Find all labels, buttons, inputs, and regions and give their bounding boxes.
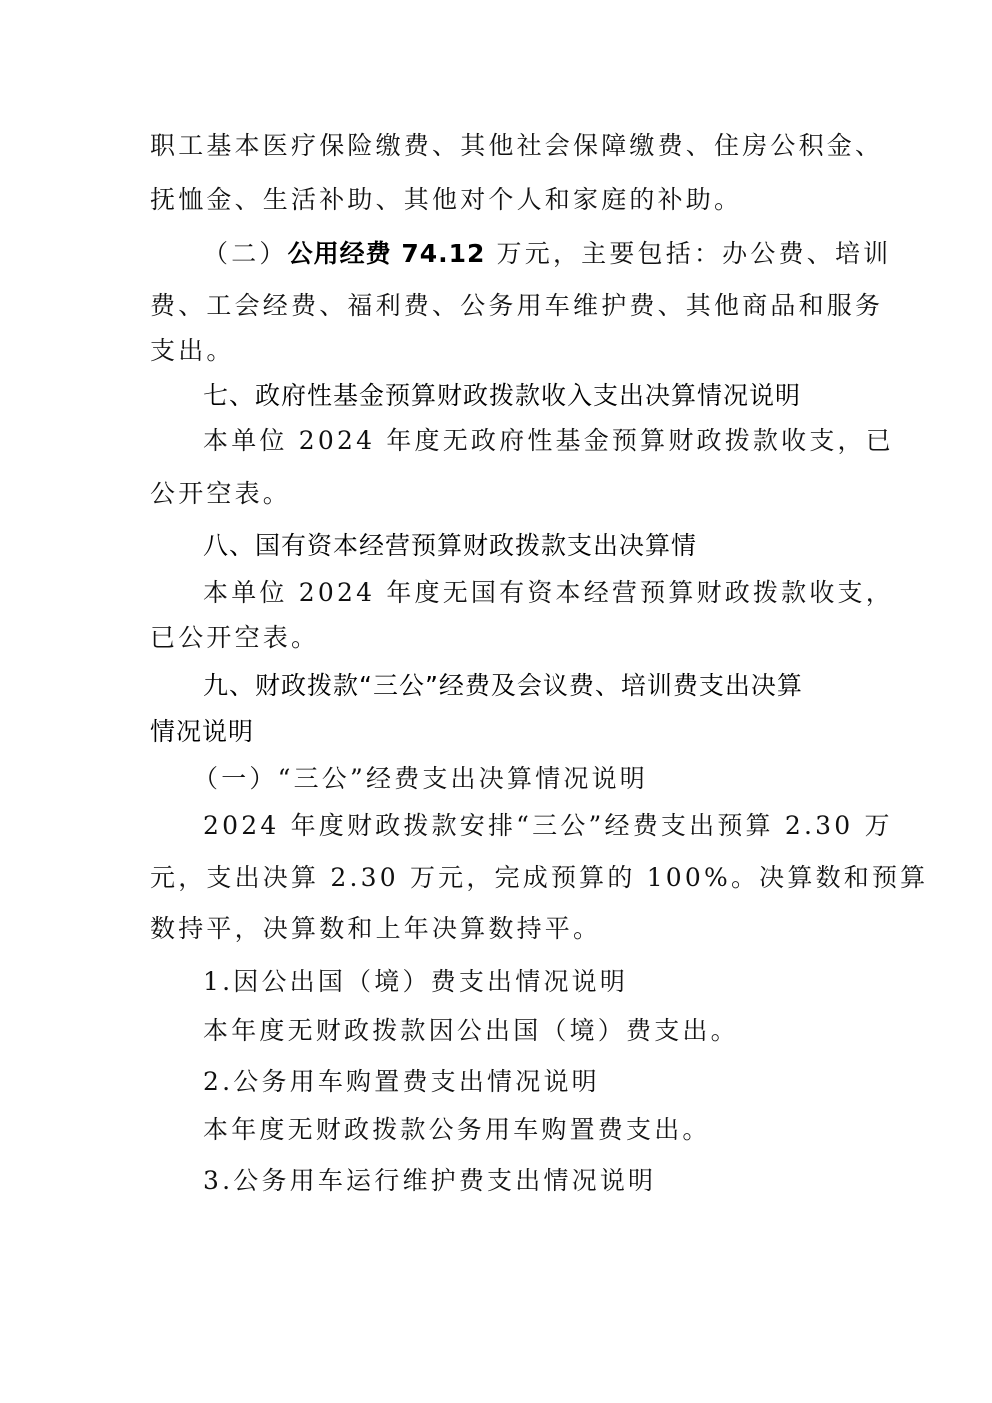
paragraph-line: 支出。	[150, 335, 235, 367]
section-heading-7: 七、政府性基金预算财政拨款收入支出决算情况说明	[203, 380, 801, 412]
section-heading-9-cont: 情况说明	[150, 716, 254, 748]
paragraph-line: 数持平，决算数和上年决算数持平。	[150, 913, 601, 945]
paragraph-line: 职工基本医疗保险缴费、其他社会保障缴费、住房公积金、	[150, 130, 883, 162]
paragraph-line: 2024 年度财政拨款安排“三公”经费支出预算 2.30 万	[203, 810, 893, 842]
paragraph-line: 抚恤金、生活补助、其他对个人和家庭的补助。	[150, 184, 742, 216]
paragraph-line: 元，支出决算 2.30 万元，完成预算的 100%。决算数和预算	[150, 862, 928, 894]
item-heading-1: 1.因公出国（境）费支出情况说明	[203, 966, 628, 998]
item-heading-2: 2.公务用车购置费支出情况说明	[203, 1066, 600, 1098]
paragraph-public-expenses: （二）公用经费 74.12 万元，主要包括：办公费、培训	[203, 238, 891, 270]
paragraph-line: 公开空表。	[150, 478, 291, 510]
paragraph-line: 本单位 2024 年度无政府性基金预算财政拨款收支，已	[203, 425, 894, 457]
subsection-heading: （一）“三公”经费支出决算情况说明	[193, 763, 648, 795]
public-expenses-amount: 公用经费 74.12	[288, 239, 486, 268]
section-heading-9: 九、财政拨款“三公”经费及会议费、培训费支出决算	[203, 670, 803, 702]
paragraph-line: 已公开空表。	[150, 622, 319, 654]
paragraph-text: 万元，主要包括：办公费、培训	[485, 239, 891, 268]
section-heading-8: 八、国有资本经营预算财政拨款支出决算情	[203, 530, 697, 562]
item-text-1: 本年度无财政拨款因公出国（境）费支出。	[203, 1015, 739, 1047]
document-page: 职工基本医疗保险缴费、其他社会保障缴费、住房公积金、 抚恤金、生活补助、其他对个…	[0, 0, 992, 1403]
paragraph-line: 本单位 2024 年度无国有资本经营预算财政拨款收支，	[203, 577, 894, 609]
item-text-2: 本年度无财政拨款公务用车购置费支出。	[203, 1114, 711, 1146]
paragraph-line: 费、工会经费、福利费、公务用车维护费、其他商品和服务	[150, 290, 883, 322]
section-number: （二）	[203, 239, 288, 268]
item-heading-3: 3.公务用车运行维护费支出情况说明	[203, 1165, 656, 1197]
